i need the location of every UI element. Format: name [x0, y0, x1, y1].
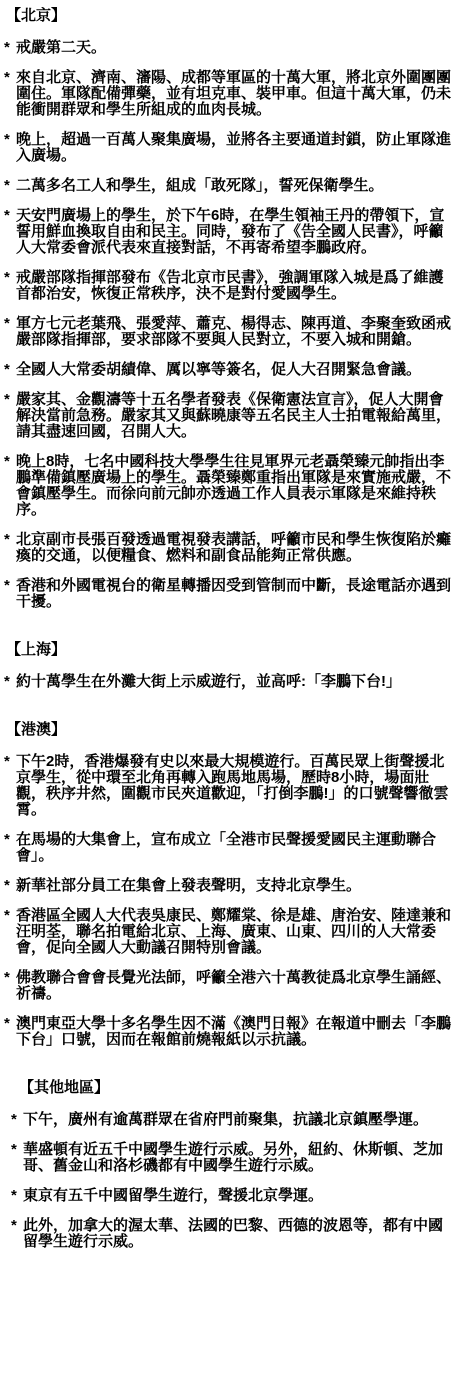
bullet-marker: *	[11, 1142, 23, 1158]
bullet-marker: *	[4, 70, 16, 86]
bullet-item: * 戒嚴部隊指揮部發布《告北京市民書》，強調軍隊入城是爲了維護首都治安，恢復正常…	[4, 270, 456, 302]
news-digest-document: 【北京】 * 戒嚴第二天。 * 來自北京、濟南、瀋陽、成都等軍區的十萬大軍，將北…	[0, 0, 458, 1288]
section-title: 【上海】	[6, 642, 456, 658]
section-shanghai: 【上海】 * 約十萬學生在外灘大街上示威遊行，並高呼:「李鵬下台!」	[4, 642, 456, 690]
section-title: 【北京】	[6, 8, 456, 24]
bullet-text: 軍方七元老葉飛、張愛萍、蕭克、楊得志、陳再道、李聚奎致函戒嚴部隊指揮部，要求部隊…	[16, 316, 456, 348]
bullet-item: * 約十萬學生在外灘大街上示威遊行，並高呼:「李鵬下台!」	[4, 674, 456, 690]
bullet-text: 二萬多名工人和學生，組成「敢死隊」，誓死保衛學生。	[16, 178, 456, 194]
bullet-text: 晚上，超過一百萬人聚集廣場，並將各主要通道封鎖，防止軍隊進入廣場。	[16, 132, 456, 164]
bullet-text: 香港和外國電視台的衛星轉播因受到管制而中斷，長途電話亦遇到干擾。	[16, 578, 456, 610]
bullet-text: 此外，加拿大的渥太華、法國的巴黎、西德的波恩等，都有中國留學生遊行示威。	[23, 1218, 456, 1250]
bullet-text: 全國人大常委胡績偉、厲以寧等簽名，促人大召開緊急會議。	[16, 362, 456, 378]
bullet-marker: *	[11, 1218, 23, 1234]
bullet-marker: *	[4, 832, 16, 848]
bullet-item: * 來自北京、濟南、瀋陽、成都等軍區的十萬大軍，將北京外圍團團圍住。軍隊配備彈藥…	[4, 70, 456, 118]
bullet-marker: *	[4, 132, 16, 148]
bullet-marker: *	[4, 362, 16, 378]
bullet-item: * 在馬場的大集會上，宣布成立「全港市民聲援愛國民主運動聯合會」。	[4, 832, 456, 864]
bullet-marker: *	[4, 970, 16, 986]
bullet-item: * 下午2時，香港爆發有史以來最大規模遊行。百萬民眾上街聲援北京學生，從中環至北…	[4, 754, 456, 818]
bullet-text: 戒嚴部隊指揮部發布《告北京市民書》，強調軍隊入城是爲了維護首都治安，恢復正常秩序…	[16, 270, 456, 302]
bullet-marker: *	[4, 674, 16, 690]
bullet-item: * 嚴家其、金觀濤等十五名學者發表《保衛憲法宣言》，促人大開會解決當前急務。嚴家…	[4, 392, 456, 440]
section-other-regions: 【其他地區】 * 下午，廣州有逾萬群眾在省府門前聚集，抗議北京鎮壓學運。 * 華…	[4, 1080, 456, 1250]
bullet-marker: *	[4, 578, 16, 594]
bullet-marker: *	[4, 208, 16, 224]
bullet-text: 晚上8時，七名中國科技大學學生往見軍界元老聶榮臻元帥指出李鵬準備鎮壓廣場上的學生…	[16, 454, 456, 518]
bullet-text: 佛教聯合會會長覺光法師，呼籲全港六十萬教徒爲北京學生誦經、祈禱。	[16, 970, 456, 1002]
bullet-item: * 華盛頓有近五千中國學生遊行示威。另外，紐約、休斯頓、芝加哥、舊金山和洛杉磯都…	[11, 1142, 456, 1174]
section-beijing: 【北京】 * 戒嚴第二天。 * 來自北京、濟南、瀋陽、成都等軍區的十萬大軍，將北…	[4, 8, 456, 610]
bullet-item: * 軍方七元老葉飛、張愛萍、蕭克、楊得志、陳再道、李聚奎致函戒嚴部隊指揮部，要求…	[4, 316, 456, 348]
bullet-marker: *	[4, 316, 16, 332]
bullet-text: 約十萬學生在外灘大街上示威遊行，並高呼:「李鵬下台!」	[16, 674, 456, 690]
bullet-text: 下午2時，香港爆發有史以來最大規模遊行。百萬民眾上街聲援北京學生，從中環至北角再…	[16, 754, 456, 818]
bullet-item: * 此外，加拿大的渥太華、法國的巴黎、西德的波恩等，都有中國留學生遊行示威。	[11, 1218, 456, 1250]
bullet-marker: *	[4, 454, 16, 470]
bullet-item: * 二萬多名工人和學生，組成「敢死隊」，誓死保衛學生。	[4, 178, 456, 194]
section-hongkong-macau: 【港澳】 * 下午2時，香港爆發有史以來最大規模遊行。百萬民眾上街聲援北京學生，…	[4, 722, 456, 1048]
bullet-text: 華盛頓有近五千中國學生遊行示威。另外，紐約、休斯頓、芝加哥、舊金山和洛杉磯都有中…	[23, 1142, 456, 1174]
bullet-text: 天安門廣場上的學生，於下午6時，在學生領袖王丹的帶領下，宣誓用鮮血換取自由和民主…	[16, 208, 456, 256]
bullet-text: 下午，廣州有逾萬群眾在省府門前聚集，抗議北京鎮壓學運。	[23, 1112, 456, 1128]
bullet-text: 在馬場的大集會上，宣布成立「全港市民聲援愛國民主運動聯合會」。	[16, 832, 456, 864]
bullet-item: * 全國人大常委胡績偉、厲以寧等簽名，促人大召開緊急會議。	[4, 362, 456, 378]
bullet-item: * 晚上，超過一百萬人聚集廣場，並將各主要通道封鎖，防止軍隊進入廣場。	[4, 132, 456, 164]
bullet-text: 嚴家其、金觀濤等十五名學者發表《保衛憲法宣言》，促人大開會解決當前急務。嚴家其又…	[16, 392, 456, 440]
bullet-marker: *	[4, 908, 16, 924]
bullet-text: 戒嚴第二天。	[16, 40, 456, 56]
bullet-marker: *	[11, 1188, 23, 1204]
bullet-text: 新華社部分員工在集會上發表聲明，支持北京學生。	[16, 878, 456, 894]
bullet-item: * 澳門東亞大學十多名學生因不滿《澳門日報》在報道中刪去「李鵬下台」口號，因而在…	[4, 1016, 456, 1048]
bullet-marker: *	[4, 1016, 16, 1032]
bullet-marker: *	[4, 878, 16, 894]
bullet-item: * 香港和外國電視台的衛星轉播因受到管制而中斷，長途電話亦遇到干擾。	[4, 578, 456, 610]
bullet-item: * 天安門廣場上的學生，於下午6時，在學生領袖王丹的帶領下，宣誓用鮮血換取自由和…	[4, 208, 456, 256]
bullet-marker: *	[4, 40, 16, 56]
section-title: 【港澳】	[6, 722, 456, 738]
bullet-item: * 晚上8時，七名中國科技大學學生往見軍界元老聶榮臻元帥指出李鵬準備鎮壓廣場上的…	[4, 454, 456, 518]
bullet-text: 澳門東亞大學十多名學生因不滿《澳門日報》在報道中刪去「李鵬下台」口號，因而在報館…	[16, 1016, 456, 1048]
bullet-item: * 北京副市長張百發透過電視發表講話，呼籲市民和學生恢復陷於癱瘓的交通，以便糧食…	[4, 532, 456, 564]
bullet-marker: *	[4, 392, 16, 408]
bullet-text: 來自北京、濟南、瀋陽、成都等軍區的十萬大軍，將北京外圍團團圍住。軍隊配備彈藥，並…	[16, 70, 456, 118]
bullet-text: 東京有五千中國留學生遊行，聲援北京學運。	[23, 1188, 456, 1204]
bullet-text: 北京副市長張百發透過電視發表講話，呼籲市民和學生恢復陷於癱瘓的交通，以便糧食、燃…	[16, 532, 456, 564]
bullet-item: * 新華社部分員工在集會上發表聲明，支持北京學生。	[4, 878, 456, 894]
bullet-item: * 下午，廣州有逾萬群眾在省府門前聚集，抗議北京鎮壓學運。	[11, 1112, 456, 1128]
bullet-item: * 香港區全國人大代表吳康民、鄭耀棠、徐是雄、唐治安、陸達兼和汪明荃，聯名拍電給…	[4, 908, 456, 956]
bullet-marker: *	[4, 178, 16, 194]
bullet-item: * 佛教聯合會會長覺光法師，呼籲全港六十萬教徒爲北京學生誦經、祈禱。	[4, 970, 456, 1002]
bullet-marker: *	[4, 754, 16, 770]
bullet-marker: *	[4, 532, 16, 548]
bullet-marker: *	[11, 1112, 23, 1128]
bullet-item: * 東京有五千中國留學生遊行，聲援北京學運。	[11, 1188, 456, 1204]
section-title: 【其他地區】	[19, 1080, 456, 1096]
bullet-item: * 戒嚴第二天。	[4, 40, 456, 56]
bullet-marker: *	[4, 270, 16, 286]
bullet-text: 香港區全國人大代表吳康民、鄭耀棠、徐是雄、唐治安、陸達兼和汪明荃，聯名拍電給北京…	[16, 908, 456, 956]
